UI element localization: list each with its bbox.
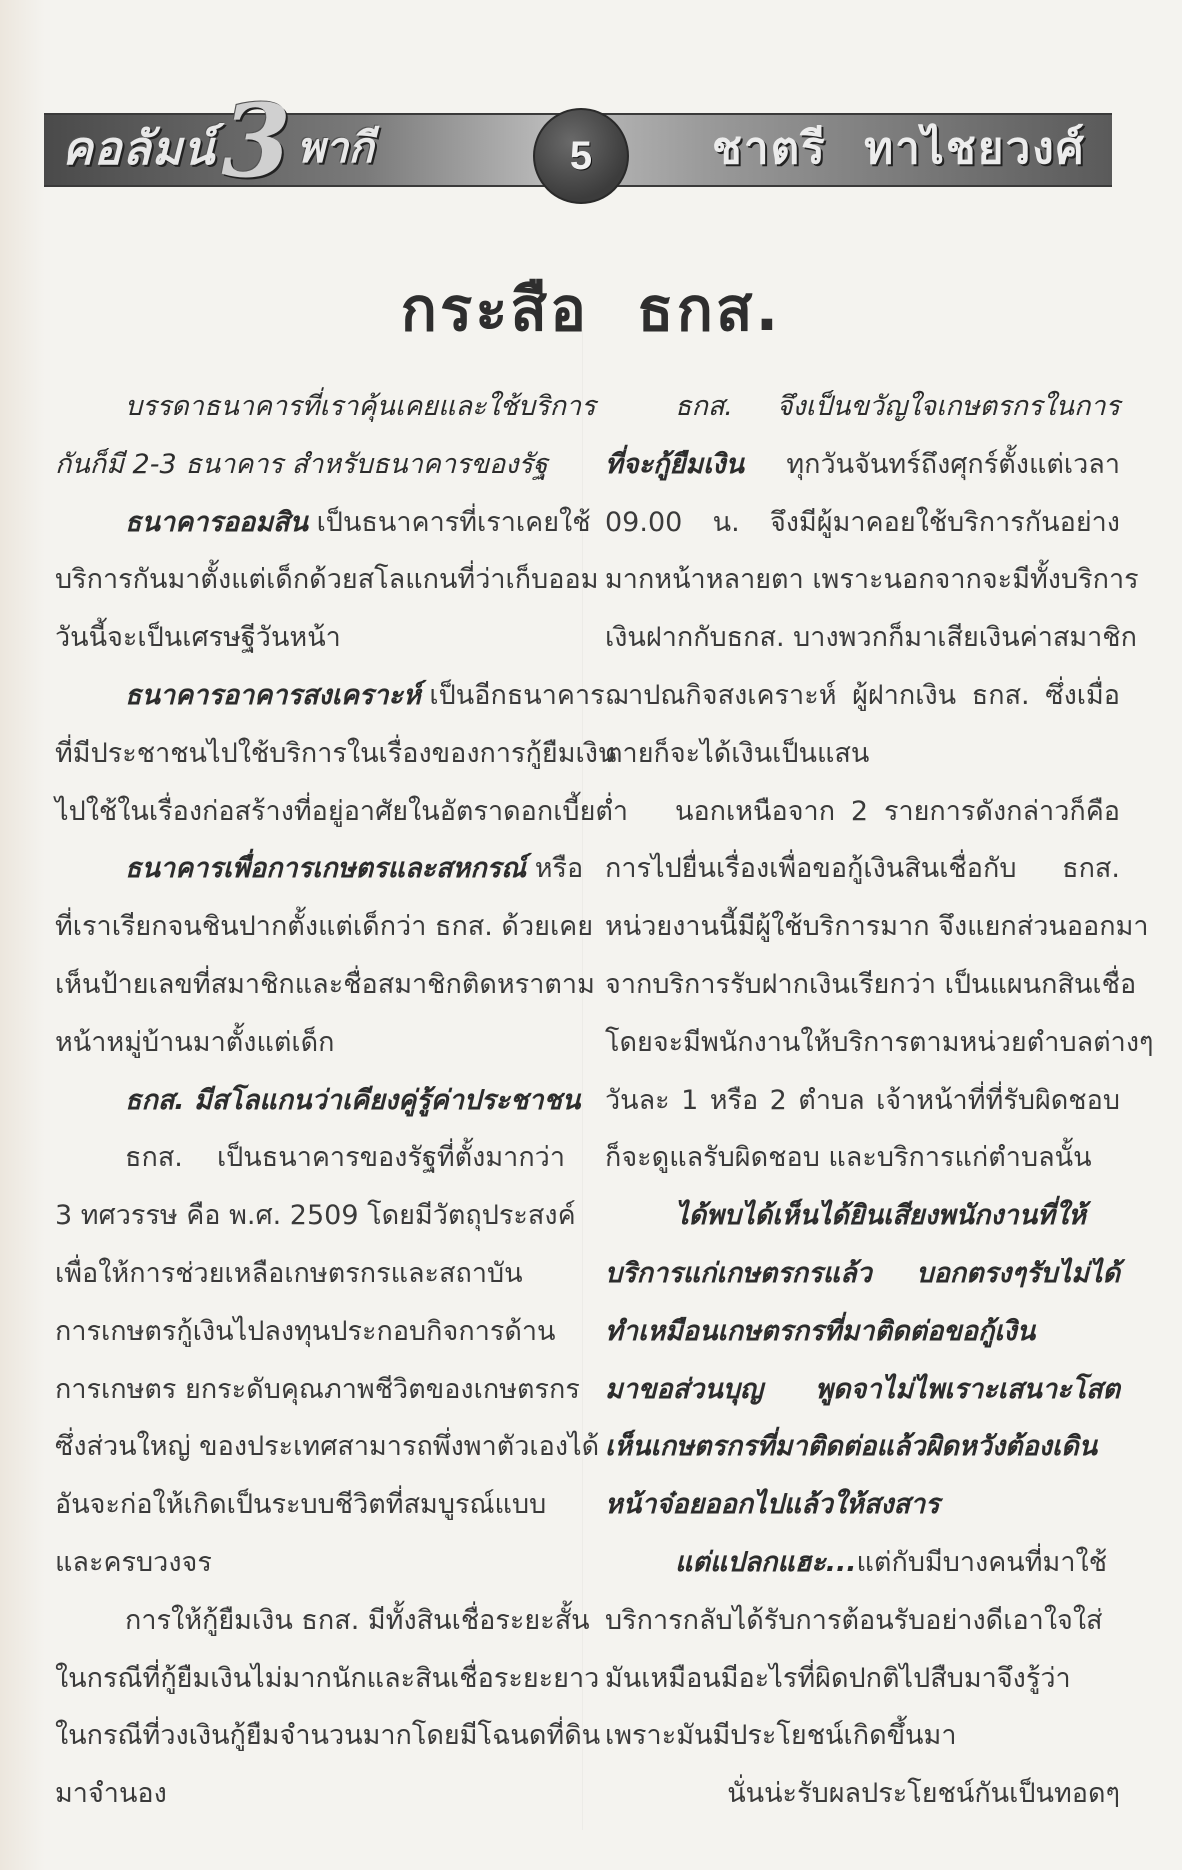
body-text: เพื่อให้การช่วยเหลือเกษตรกรและสถาบัน (55, 1258, 523, 1289)
text-line: เพื่อให้การช่วยเหลือเกษตรกรและสถาบัน (55, 1245, 565, 1303)
text-line: ธกส. จึงเป็นขวัญใจเกษตรกรในการ (605, 378, 1120, 436)
text-line: การให้กู้ยืมเงิน ธกส. มีทั้งสินเชื่อระยะ… (55, 1592, 565, 1650)
text-line: เงินฝากกับธกส. บางพวกก็มาเสียเงินค่าสมาช… (605, 609, 1120, 667)
text-line: มาจำนอง (55, 1765, 565, 1823)
column-name-part1: คอลัมน์ (62, 112, 215, 185)
body-text: มาจำนอง (55, 1778, 167, 1809)
text-line: ธนาคารอาคารสงเคราะห์ เป็นอีกธนาคาร (55, 667, 565, 725)
body-text: มากหน้าหลายตา เพราะนอกจากจะมีทั้งบริการ (605, 564, 1139, 595)
text-line: ที่เราเรียกจนชินปากตั้งแต่เด็กว่า ธกส. ด… (55, 898, 565, 956)
body-text: ตายก็จะได้เงินเป็นแสน (605, 738, 869, 769)
emphasis-text: เห็นเกษตรกรที่มาติดต่อแล้วผิดหวังต้องเดิ… (605, 1431, 1097, 1462)
text-line: อันจะก่อให้เกิดเป็นระบบชีวิตที่สมบูรณ์แบ… (55, 1476, 565, 1534)
text-line: แต่แปลกแฮะ...แต่กับมีบางคนที่มาใช้ (605, 1534, 1120, 1592)
text-line: บริการกันมาตั้งแต่เด็กด้วยสโลแกนที่ว่าเก… (55, 551, 565, 609)
text-line: ซึ่งส่วนใหญ่ ของประเทศสามารถพึ่งพาตัวเอง… (55, 1418, 565, 1476)
text-line: นอกเหนือจาก 2 รายการดังกล่าวก็คือ (605, 783, 1120, 841)
text-line: หน้าจ๋อยออกไปแล้วให้สงสาร (605, 1476, 1120, 1534)
emphasis-text: มาขอส่วนบุญ พูดจาไม่ไพเราะเสนาะโสต (605, 1374, 1120, 1405)
text-line: ก็จะดูแลรับผิดชอบ และบริการแก่ตำบลนั้น (605, 1129, 1120, 1187)
text-line: ไปใช้ในเรื่องก่อสร้างที่อยู่อาศัยในอัตรา… (55, 783, 565, 841)
text-line: วันนี้จะเป็นเศรษฐีวันหน้า (55, 609, 565, 667)
body-text: การให้กู้ยืมเงิน ธกส. มีทั้งสินเชื่อระยะ… (125, 1605, 590, 1636)
body-text: เป็นอีกธนาคาร (421, 680, 605, 711)
column-name-part2: พากี (297, 115, 374, 181)
body-text: 3 ทศวรรษ คือ พ.ศ. 2509 โดยมีวัตถุประสงค์ (55, 1200, 576, 1231)
emphasis-text: กันก็มี 2-3 ธนาคาร สำหรับธนาคารของรัฐ (55, 449, 548, 480)
right-text-column: ธกส. จึงเป็นขวัญใจเกษตรกรในการที่จะกู้ยื… (605, 378, 1120, 1823)
body-text: ไปใช้ในเรื่องก่อสร้างที่อยู่อาศัยในอัตรา… (55, 796, 628, 827)
text-line: การเกษตรกู้เงินไปลงทุนประกอบกิจการด้าน (55, 1303, 565, 1361)
text-line: 3 ทศวรรษ คือ พ.ศ. 2509 โดยมีวัตถุประสงค์ (55, 1187, 565, 1245)
body-text: วันนี้จะเป็นเศรษฐีวันหน้า (55, 622, 341, 653)
body-text: บริการกันมาตั้งแต่เด็กด้วยสโลแกนที่ว่าเก… (55, 564, 599, 595)
body-text: หน่วยงานนี้มีผู้ใช้บริการมาก จึงแยกส่วนอ… (605, 911, 1149, 942)
emphasis-text: ทำเหมือนเกษตรกรที่มาติดต่อขอกู้เงิน (605, 1316, 1035, 1347)
text-line: ธนาคารออมสิน เป็นธนาคารที่เราเคยใช้ (55, 494, 565, 552)
author-name: ชาตรี ทาไชยวงศ์ (712, 113, 1086, 183)
text-line: จากบริการรับฝากเงินเรียกว่า เป็นแผนกสินเ… (605, 956, 1120, 1014)
body-text: ฌาปณกิจสงเคราะห์ ผู้ฝากเงิน ธกส. ซึ่งเมื… (605, 680, 1120, 711)
text-line: ที่จะกู้ยืมเงิน ทุกวันจันทร์ถึงศุกร์ตั้ง… (605, 436, 1120, 494)
body-text: เพราะมันมีประโยชน์เกิดขึ้นมา (605, 1720, 956, 1751)
body-text: ที่เราเรียกจนชินปากตั้งแต่เด็กว่า ธกส. ด… (55, 911, 593, 942)
body-text: การเกษตรกู้เงินไปลงทุนประกอบกิจการด้าน (55, 1316, 556, 1347)
body-text: 09.00 น. จึงมีผู้มาคอยใช้บริการกันอย่าง (605, 507, 1120, 538)
text-line: การเกษตร ยกระดับคุณภาพชีวิตของเกษตรกร (55, 1361, 565, 1419)
body-text: มันเหมือนมีอะไรที่ผิดปกติไปสืบมาจึงรู้ว่… (605, 1663, 1071, 1694)
text-line: มาขอส่วนบุญ พูดจาไม่ไพเราะเสนาะโสต (605, 1361, 1120, 1419)
emphasis-text: บริการแก่เกษตรกรแล้ว บอกตรงๆรับไม่ได้ (605, 1258, 1120, 1289)
body-text: หน้าหมู่บ้านมาตั้งแต่เด็ก (55, 1027, 335, 1058)
text-line: ที่มีประชาชนไปใช้บริการในเรื่องของการกู้… (55, 725, 565, 783)
text-line: ทำเหมือนเกษตรกรที่มาติดต่อขอกู้เงิน (605, 1303, 1120, 1361)
text-line: ตายก็จะได้เงินเป็นแสน (605, 725, 1120, 783)
body-text: ทุกวันจันทร์ถึงศุกร์ตั้งแต่เวลา (744, 449, 1120, 480)
text-line: บรรดาธนาคารที่เราคุ้นเคยและใช้บริการ (55, 378, 565, 436)
body-text: การไปยื่นเรื่องเพื่อขอกู้เงินสินเชื่อกับ… (605, 853, 1120, 884)
body-text: เป็นธนาคารที่เราเคยใช้ (308, 507, 591, 538)
body-text: โดยจะมีพนักงานให้บริการตามหน่วยตำบลต่างๆ (605, 1027, 1154, 1058)
text-line: นั่นน่ะรับผลประโยชน์กันเป็นทอดๆ (605, 1765, 1120, 1823)
body-text: นอกเหนือจาก 2 รายการดังกล่าวก็คือ (675, 796, 1120, 827)
text-line: ฌาปณกิจสงเคราะห์ ผู้ฝากเงิน ธกส. ซึ่งเมื… (605, 667, 1120, 725)
text-line: มากหน้าหลายตา เพราะนอกจากจะมีทั้งบริการ (605, 551, 1120, 609)
emphasis-text: ที่จะกู้ยืมเงิน (605, 449, 744, 480)
text-line: เห็นป้ายเลขที่สมาชิกและชื่อสมาชิกติดหราต… (55, 956, 565, 1014)
body-text: ในกรณีที่กู้ยืมเงินไม่มากนักและสินเชื่อร… (55, 1663, 599, 1694)
body-text: นั่นน่ะรับผลประโยชน์กันเป็นทอดๆ (727, 1778, 1120, 1809)
body-text: ในกรณีที่วงเงินกู้ยืมจำนวนมากโดยมีโฉนดที… (55, 1720, 600, 1751)
emphasis-text: หน้าจ๋อยออกไปแล้วให้สงสาร (605, 1489, 940, 1520)
left-text-column: บรรดาธนาคารที่เราคุ้นเคยและใช้บริการกันก… (55, 378, 565, 1823)
emphasis-text: ธนาคารอาคารสงเคราะห์ (125, 680, 421, 711)
body-text: จากบริการรับฝากเงินเรียกว่า เป็นแผนกสินเ… (605, 969, 1136, 1000)
text-line: หน้าหมู่บ้านมาตั้งแต่เด็ก (55, 1014, 565, 1072)
text-line: ธกส. เป็นธนาคารของรัฐที่ตั้งมากว่า (55, 1129, 565, 1187)
body-text: อันจะก่อให้เกิดเป็นระบบชีวิตที่สมบูรณ์แบ… (55, 1489, 546, 1520)
text-line: บริการแก่เกษตรกรแล้ว บอกตรงๆรับไม่ได้ (605, 1245, 1120, 1303)
text-line: ได้พบได้เห็นได้ยินเสียงพนักงานที่ให้ (605, 1187, 1120, 1245)
text-line: บริการกลับได้รับการต้อนรับอย่างดีเอาใจใส… (605, 1592, 1120, 1650)
body-text: เห็นป้ายเลขที่สมาชิกและชื่อสมาชิกติดหราต… (55, 969, 595, 1000)
body-text: ซึ่งส่วนใหญ่ ของประเทศสามารถพึ่งพาตัวเอง… (55, 1431, 599, 1462)
column-name: คอลัมน์ 3 พากี (62, 106, 374, 190)
body-text: เงินฝากกับธกส. บางพวกก็มาเสียเงินค่าสมาช… (605, 622, 1137, 653)
body-text: และครบวงจร (55, 1547, 212, 1578)
emphasis-text: แต่แปลกแฮะ... (675, 1547, 857, 1578)
body-text: ธกส. เป็นธนาคารของรัฐที่ตั้งมากว่า (125, 1142, 565, 1173)
body-text: แต่กับมีบางคนที่มาใช้ (857, 1547, 1108, 1578)
body-text: การเกษตร ยกระดับคุณภาพชีวิตของเกษตรกร (55, 1374, 580, 1405)
text-line: ธนาคารเพื่อการเกษตรและสหกรณ์ หรือ (55, 840, 565, 898)
text-line: วันละ 1 หรือ 2 ตำบล เจ้าหน้าที่ที่รับผิด… (605, 1072, 1120, 1130)
column-number-big: 3 (221, 91, 291, 191)
text-line: ธกส. มีสโลแกนว่าเคียงคู่รู้ค่าประชาชน (55, 1072, 565, 1130)
body-text: ที่มีประชาชนไปใช้บริการในเรื่องของการกู้… (55, 738, 616, 769)
text-line: ในกรณีที่กู้ยืมเงินไม่มากนักและสินเชื่อร… (55, 1650, 565, 1708)
text-line: การไปยื่นเรื่องเพื่อขอกู้เงินสินเชื่อกับ… (605, 840, 1120, 898)
emphasis-text: ธนาคารเพื่อการเกษตรและสหกรณ์ (125, 853, 526, 884)
emphasis-text: ธนาคารออมสิน (125, 507, 308, 538)
emphasis-text: ได้พบได้เห็นได้ยินเสียงพนักงานที่ให้ (675, 1200, 1086, 1231)
text-line: และครบวงจร (55, 1534, 565, 1592)
text-line: เห็นเกษตรกรที่มาติดต่อแล้วผิดหวังต้องเดิ… (605, 1418, 1120, 1476)
text-line: 09.00 น. จึงมีผู้มาคอยใช้บริการกันอย่าง (605, 494, 1120, 552)
emphasis-text: บรรดาธนาคารที่เราคุ้นเคยและใช้บริการ (125, 391, 596, 422)
text-line: ในกรณีที่วงเงินกู้ยืมจำนวนมากโดยมีโฉนดที… (55, 1707, 565, 1765)
text-line: หน่วยงานนี้มีผู้ใช้บริการมาก จึงแยกส่วนอ… (605, 898, 1120, 956)
text-line: โดยจะมีพนักงานให้บริการตามหน่วยตำบลต่างๆ (605, 1014, 1120, 1072)
article-title: กระสือ ธกส. (0, 262, 1182, 357)
emphasis-text: ธกส. มีสโลแกนว่าเคียงคู่รู้ค่าประชาชน (125, 1085, 580, 1116)
body-text: วันละ 1 หรือ 2 ตำบล เจ้าหน้าที่ที่รับผิด… (605, 1085, 1120, 1116)
body-text: บริการกลับได้รับการต้อนรับอย่างดีเอาใจใส… (605, 1605, 1102, 1636)
emphasis-text: ธกส. จึงเป็นขวัญใจเกษตรกรในการ (675, 391, 1120, 422)
body-text: ก็จะดูแลรับผิดชอบ และบริการแก่ตำบลนั้น (605, 1142, 1092, 1173)
body-text: หรือ (526, 853, 583, 884)
text-line: มันเหมือนมีอะไรที่ผิดปกติไปสืบมาจึงรู้ว่… (605, 1650, 1120, 1708)
text-line: เพราะมันมีประโยชน์เกิดขึ้นมา (605, 1707, 1120, 1765)
episode-number-badge: 5 (533, 108, 629, 204)
text-line: กันก็มี 2-3 ธนาคาร สำหรับธนาคารของรัฐ (55, 436, 565, 494)
